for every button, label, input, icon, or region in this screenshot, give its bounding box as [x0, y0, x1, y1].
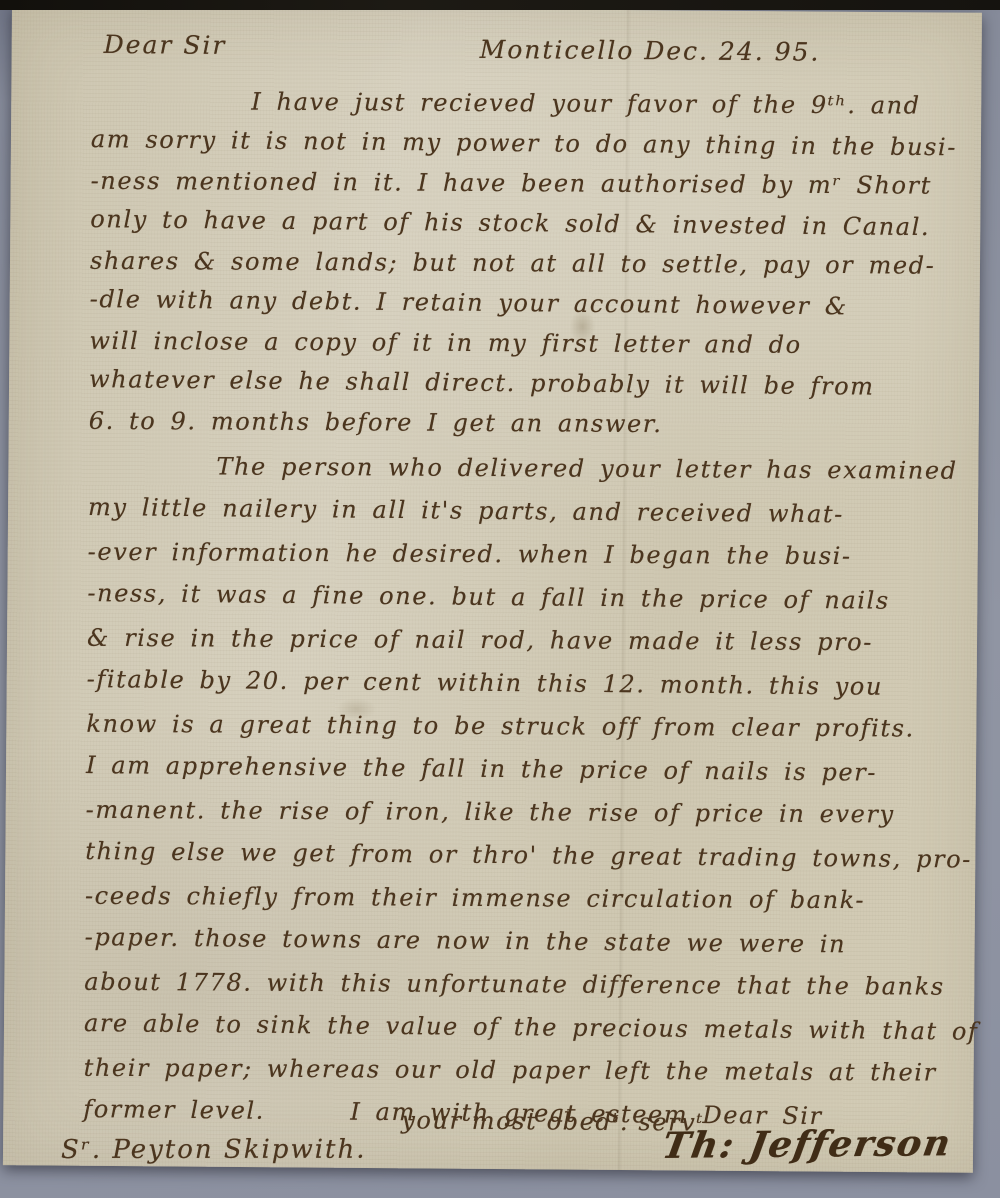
letter-line: -ceeds chiefly from their immense circul… [85, 875, 965, 923]
letter-header: Dear Sir Monticello Dec. 24. 95. [90, 30, 950, 37]
letter-line: -fitable by 20. per cent within this 12.… [87, 658, 967, 709]
letter-line: thing else we get from or thro' the grea… [85, 830, 965, 881]
letter-line: my little nailery in all it's parts, and… [88, 486, 968, 537]
paragraph-1: I have just recieved your favor of the 9… [89, 80, 972, 447]
letter-line: only to have a part of his stock sold & … [90, 199, 970, 247]
signature: Th: Jefferson [659, 1122, 967, 1167]
letter-line: I am apprehensive the fall in the price … [86, 744, 966, 795]
letter-line: know is a great thing to be struck off f… [86, 703, 966, 751]
letter-line: -ness mentioned in it. I have been autho… [91, 161, 971, 206]
letter-line: am sorry it is not in my power to do any… [91, 119, 971, 167]
letter-line: 6. to 9. months before I get an answer. [89, 401, 969, 446]
closing-line: your most obedᵗ. servᵗ [401, 1106, 704, 1136]
photo-top-shadow [0, 0, 1000, 10]
letter-line: -ness, it was a fine one. but a fall in … [87, 572, 967, 623]
photo-stage: Dear Sir Monticello Dec. 24. 95. I have … [0, 0, 1000, 1198]
letter-line: are able to sink the value of the precio… [84, 1002, 964, 1053]
letter-line: -ever information he desired. when I beg… [88, 531, 968, 579]
letter-paper: Dear Sir Monticello Dec. 24. 95. I have … [3, 5, 982, 1173]
letter-line: The person who delivered your letter has… [88, 445, 968, 493]
letter-line: whatever else he shall direct. probably … [89, 359, 969, 407]
paragraph-2: The person who delivered your letter has… [83, 444, 968, 1139]
letter-line: -paper. those towns are now in the state… [84, 916, 964, 967]
addressee-line: Sʳ. Peyton Skipwith. [61, 1135, 366, 1165]
salutation: Dear Sir [104, 30, 227, 60]
letter-line: shares & some lands; but not at all to s… [90, 241, 970, 286]
letter-line: will inclose a copy of it in my first le… [89, 321, 969, 366]
letter-line: their paper; whereas our old paper left … [84, 1047, 964, 1095]
letter-line: & rise in the price of nail rod, have ma… [87, 617, 967, 665]
dateline: Monticello Dec. 24. 95. [480, 35, 821, 67]
letter-line: -manent. the rise of iron, like the rise… [86, 789, 966, 837]
letter-line: -dle with any debt. I retain your accoun… [90, 279, 970, 327]
letter-line: I have just recieved your favor of the 9… [91, 81, 971, 126]
letter-line: about 1778. with this unfortunate differ… [84, 961, 964, 1009]
